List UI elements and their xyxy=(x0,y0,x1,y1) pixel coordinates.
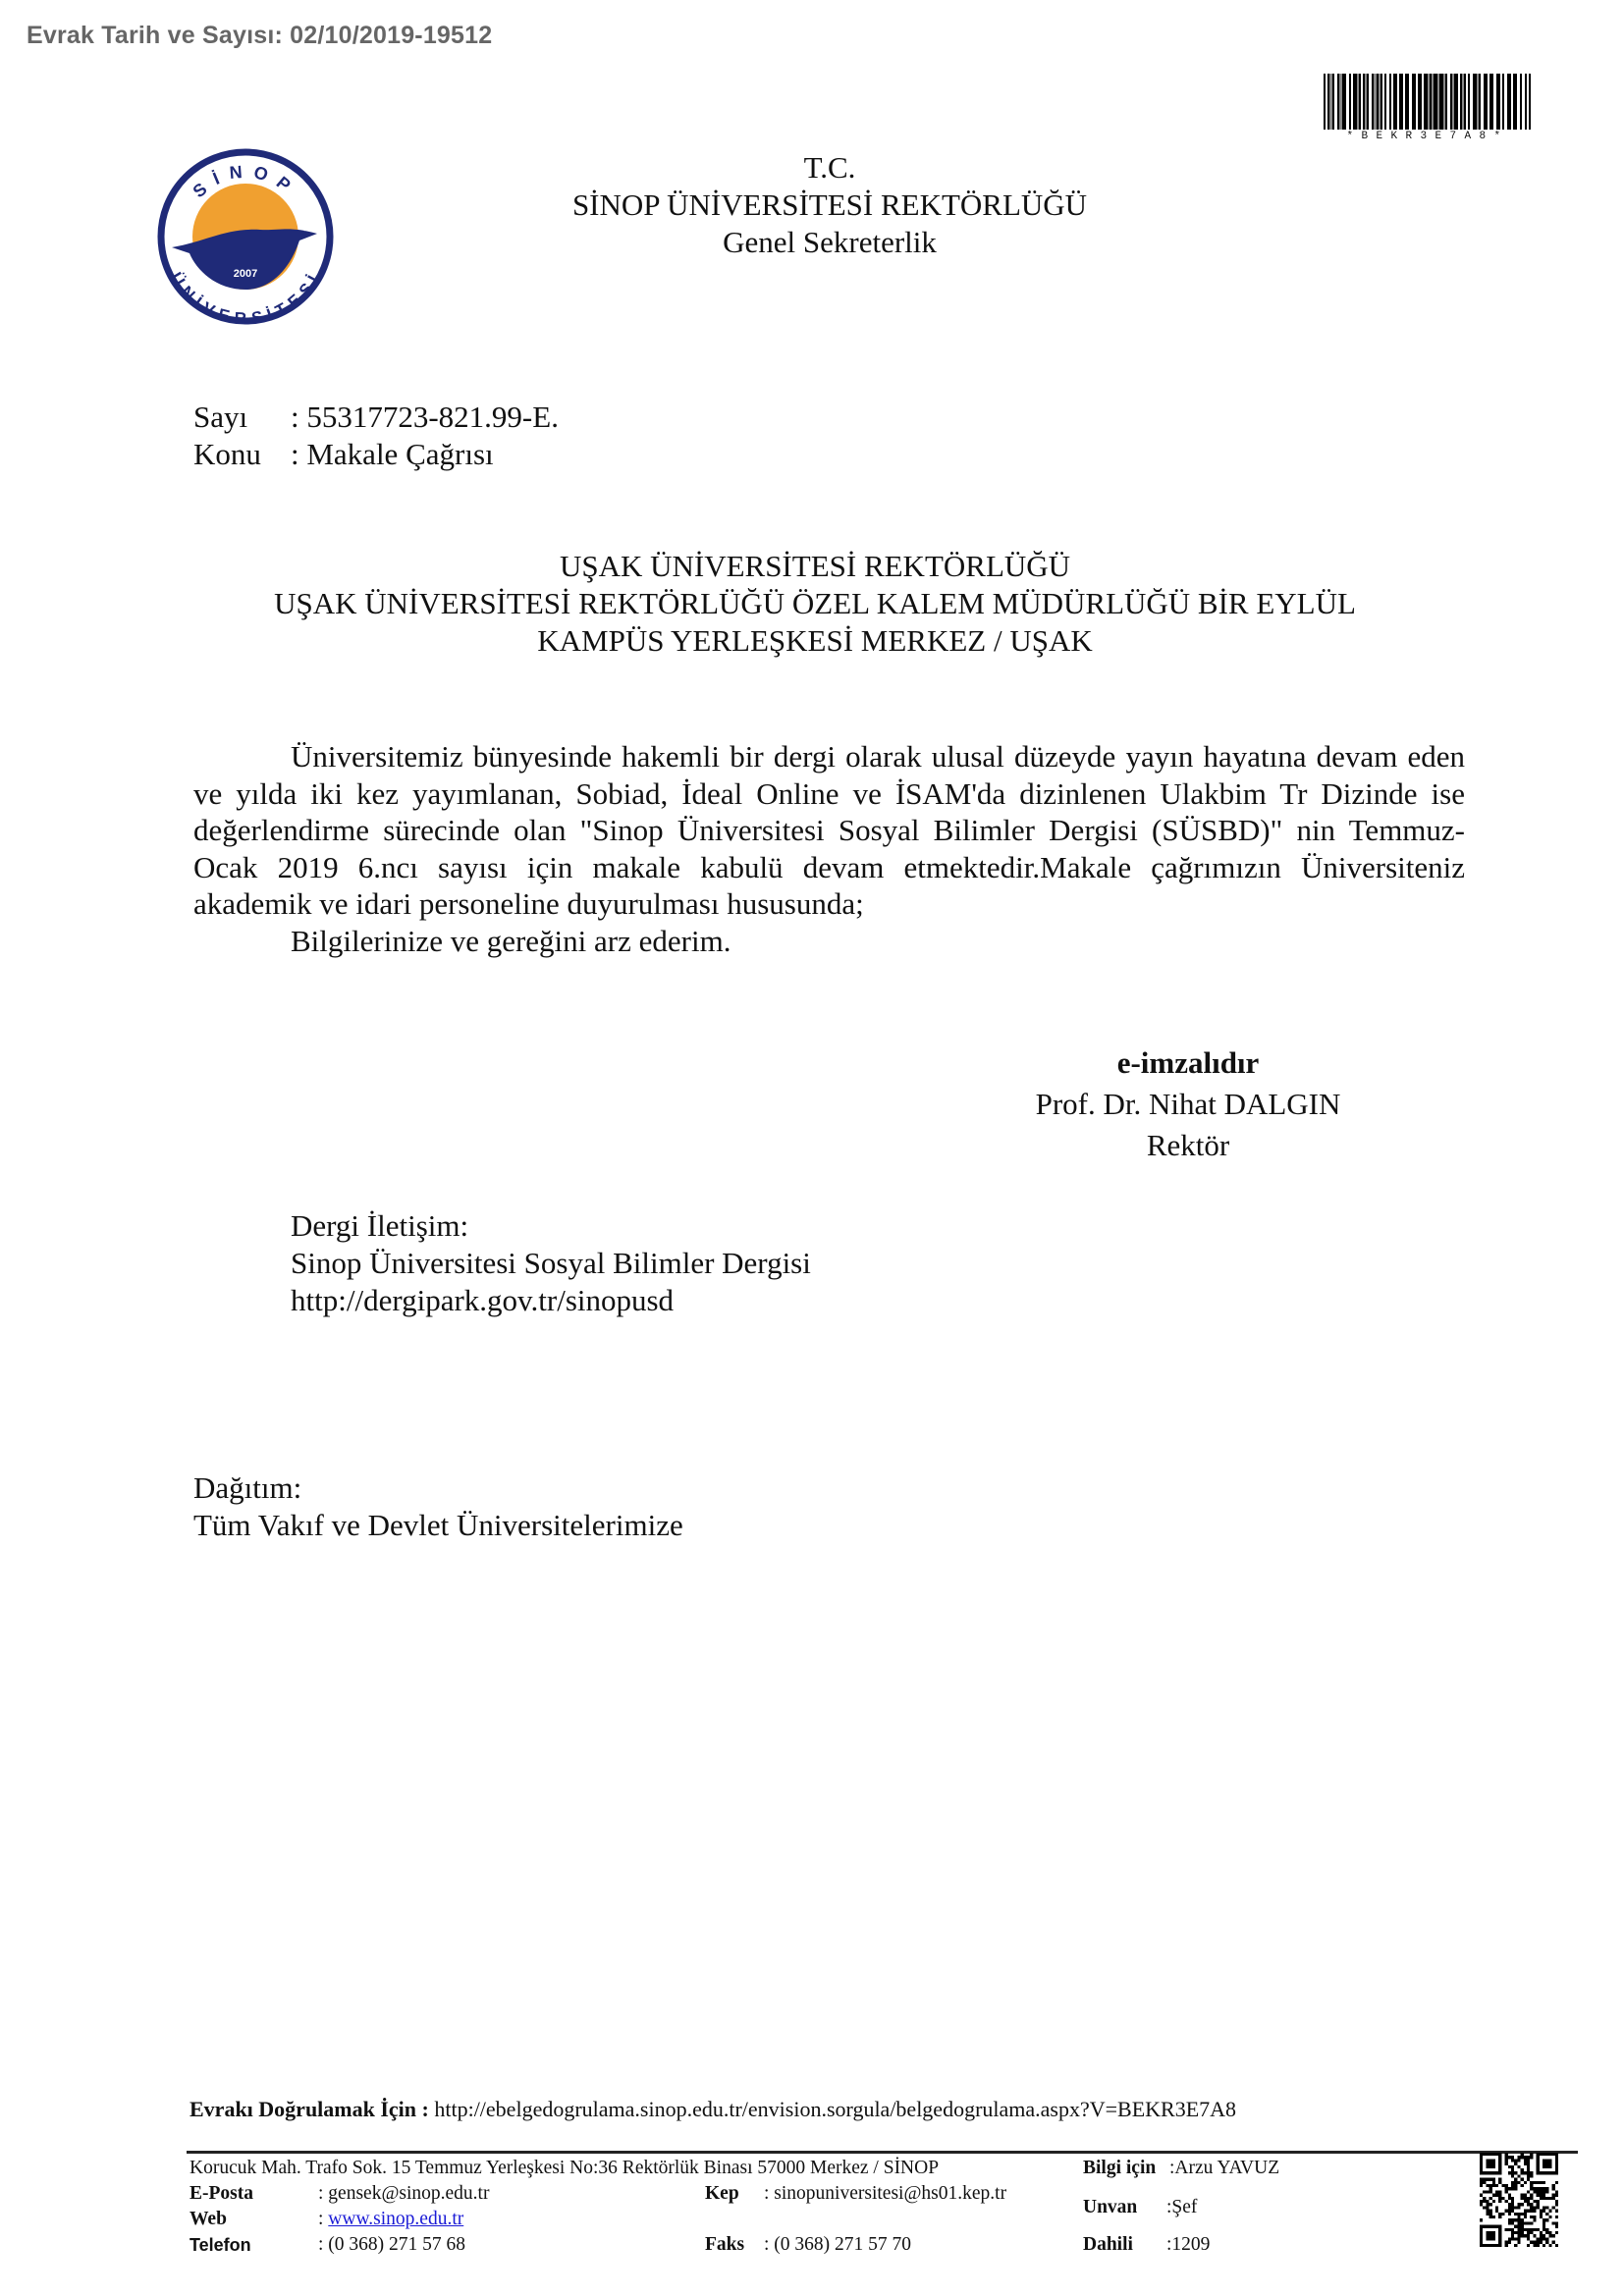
journal-name: Sinop Üniversitesi Sosyal Bilimler Dergi… xyxy=(291,1245,811,1282)
footer-fax-value: : (0 368) 271 57 70 xyxy=(764,2232,911,2258)
distribution-block: Dağıtım: Tüm Vakıf ve Devlet Üniversitel… xyxy=(193,1469,683,1544)
footer-phone-label: Telefon xyxy=(189,2232,251,2258)
signatory-title: Rektör xyxy=(982,1125,1394,1166)
footer-title-label: Unvan xyxy=(1083,2195,1137,2220)
footer-info-label: Bilgi için xyxy=(1083,2156,1156,2181)
body-paragraph-2: Bilgilerinize ve gereğini arz ederim. xyxy=(193,923,1465,960)
footer-address: Korucuk Mah. Trafo Sok. 15 Temmuz Yerleş… xyxy=(189,2156,939,2181)
verification-line: Evrakı Doğrulamak İçin : http://ebelgedo… xyxy=(189,2097,1236,2122)
barcode-text: *BEKR3E7A8* xyxy=(1324,131,1532,142)
distribution-value: Tüm Vakıf ve Devlet Üniversitelerimize xyxy=(193,1507,683,1544)
letterhead-institution: SİNOP ÜNİVERSİTESİ REKTÖRLÜĞÜ xyxy=(393,187,1267,224)
distribution-label: Dağıtım: xyxy=(193,1469,683,1507)
verification-url[interactable]: http://ebelgedogrulama.sinop.edu.tr/envi… xyxy=(434,2097,1236,2121)
footer-web-link[interactable]: www.sinop.edu.tr xyxy=(328,2209,463,2229)
signature-block: e-imzalıdır Prof. Dr. Nihat DALGIN Rektö… xyxy=(982,1042,1394,1166)
journal-contact-label: Dergi İletişim: xyxy=(291,1207,811,1245)
footer-title-value: :Şef xyxy=(1166,2195,1197,2220)
footer-info-value: :Arzu YAVUZ xyxy=(1169,2156,1279,2181)
barcode-icon xyxy=(1324,74,1532,130)
footer-fax-label: Faks xyxy=(705,2232,744,2258)
footer-web: : www.sinop.edu.tr xyxy=(318,2207,463,2232)
subject-value: : Makale Çağrısı xyxy=(291,436,494,473)
footer-ext-value: :1209 xyxy=(1166,2232,1210,2258)
verification-label: Evrakı Doğrulamak İçin : xyxy=(189,2097,429,2121)
addressee-line-2: UŞAK ÜNİVERSİTESİ REKTÖRLÜĞÜ ÖZEL KALEM … xyxy=(157,585,1473,622)
footer-ext-label: Dahili xyxy=(1083,2232,1133,2258)
document-date-number-stamp: Evrak Tarih ve Sayısı: 02/10/2019-19512 xyxy=(27,22,492,50)
reference-number-value: : 55317723-821.99-E. xyxy=(291,399,559,436)
footer-web-separator: : xyxy=(318,2209,328,2229)
letterhead-tc: T.C. xyxy=(393,149,1267,187)
addressee-line-3: KAMPÜS YERLEŞKESİ MERKEZ / UŞAK xyxy=(157,622,1473,660)
footer-kep-label: Kep xyxy=(705,2181,739,2207)
body-paragraph-1: Üniversitemiz bünyesinde hakemli bir der… xyxy=(193,738,1465,923)
barcode: *BEKR3E7A8* xyxy=(1324,74,1532,138)
reference-number-row: Sayı : 55317723-821.99-E. xyxy=(193,399,559,436)
qr-code-icon xyxy=(1480,2153,1558,2247)
reference-number-label: Sayı xyxy=(193,399,291,436)
footer-phone-value: : (0 368) 271 57 68 xyxy=(318,2232,465,2258)
footer-divider xyxy=(187,2151,1578,2154)
journal-contact: Dergi İletişim: Sinop Üniversitesi Sosya… xyxy=(291,1207,811,1319)
e-signature-status: e-imzalıdır xyxy=(982,1042,1394,1084)
svg-text:2007: 2007 xyxy=(234,268,257,280)
footer-kep-value[interactable]: : sinopuniversitesi@hs01.kep.tr xyxy=(764,2181,1006,2207)
addressee-line-1: UŞAK ÜNİVERSİTESİ REKTÖRLÜĞÜ xyxy=(157,548,1473,585)
reference-block: Sayı : 55317723-821.99-E. Konu : Makale … xyxy=(193,399,559,473)
letter-body: Üniversitemiz bünyesinde hakemli bir der… xyxy=(193,738,1465,959)
addressee-block: UŞAK ÜNİVERSİTESİ REKTÖRLÜĞÜ UŞAK ÜNİVER… xyxy=(157,548,1473,660)
subject-row: Konu : Makale Çağrısı xyxy=(193,436,559,473)
svg-text:✦: ✦ xyxy=(299,221,309,235)
footer-web-label: Web xyxy=(189,2207,227,2232)
signatory-name: Prof. Dr. Nihat DALGIN xyxy=(982,1084,1394,1125)
subject-label: Konu xyxy=(193,436,291,473)
university-seal-logo: ✦ 2007 SİNOP ÜNİVERSİTESİ xyxy=(152,147,339,326)
footer-email-value[interactable]: : gensek@sinop.edu.tr xyxy=(318,2181,489,2207)
footer-email-label: E-Posta xyxy=(189,2181,253,2207)
journal-url[interactable]: http://dergipark.gov.tr/sinopusd xyxy=(291,1282,811,1319)
letterhead: T.C. SİNOP ÜNİVERSİTESİ REKTÖRLÜĞÜ Genel… xyxy=(393,149,1267,261)
letterhead-department: Genel Sekreterlik xyxy=(393,224,1267,261)
